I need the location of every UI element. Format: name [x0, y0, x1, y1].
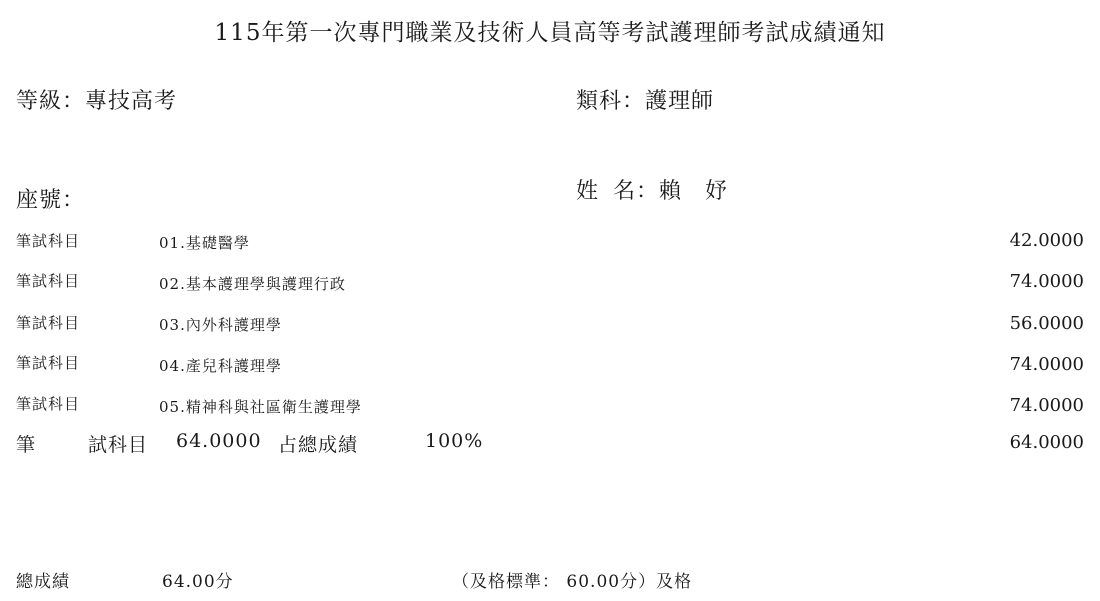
seat-number: 座號：	[16, 183, 85, 214]
candidate-name: 姓 名：賴 妤	[576, 174, 728, 205]
document-title: 115年第一次專門職業及技術人員高等考試護理師考試成績通知	[0, 14, 1100, 47]
exam-category-value: 護理師	[645, 89, 714, 114]
summary-average: 64.0000	[176, 430, 262, 452]
total-score: 64.00分	[162, 567, 234, 592]
subject-type: 筆試科目	[16, 270, 80, 291]
summary-label-first: 筆	[16, 430, 36, 457]
subject-type: 筆試科目	[16, 393, 80, 414]
exam-level-label: 等級：	[16, 89, 85, 114]
candidate-name-value: 賴 妤	[659, 179, 728, 204]
subject-score: 74.0000	[1010, 271, 1084, 292]
subject-type: 筆試科目	[16, 230, 80, 251]
subject-name: 04.產兒科護理學	[159, 355, 282, 376]
seat-number-label: 座號：	[16, 188, 85, 213]
exam-category-label: 類科：	[576, 89, 645, 114]
summary-weighted-score: 64.0000	[1010, 432, 1084, 453]
candidate-name-label: 姓 名：	[576, 179, 659, 204]
subject-name: 01.基礎醫學	[159, 232, 250, 253]
subject-score: 74.0000	[1010, 395, 1084, 416]
subject-name: 05.精神科與社區衛生護理學	[159, 396, 362, 417]
subject-name: 02.基本護理學與護理行政	[159, 273, 346, 294]
subject-type: 筆試科目	[16, 352, 80, 373]
passing-standard: （及格標準： 60.00分）及格	[452, 567, 692, 592]
subject-score: 42.0000	[1010, 230, 1084, 251]
exam-category: 類科：護理師	[576, 84, 714, 115]
summary-weight-value: 100%	[425, 430, 483, 452]
total-label: 總成績	[16, 567, 70, 592]
subject-score: 56.0000	[1010, 313, 1084, 334]
summary-weight-label: 占總成績	[278, 430, 358, 457]
subject-type: 筆試科目	[16, 312, 80, 333]
exam-level-value: 專技高考	[85, 89, 177, 114]
subject-name: 03.內外科護理學	[159, 314, 282, 335]
subject-score: 74.0000	[1010, 354, 1084, 375]
summary-label-rest: 試科目	[88, 430, 148, 457]
exam-level: 等級：專技高考	[16, 84, 177, 115]
